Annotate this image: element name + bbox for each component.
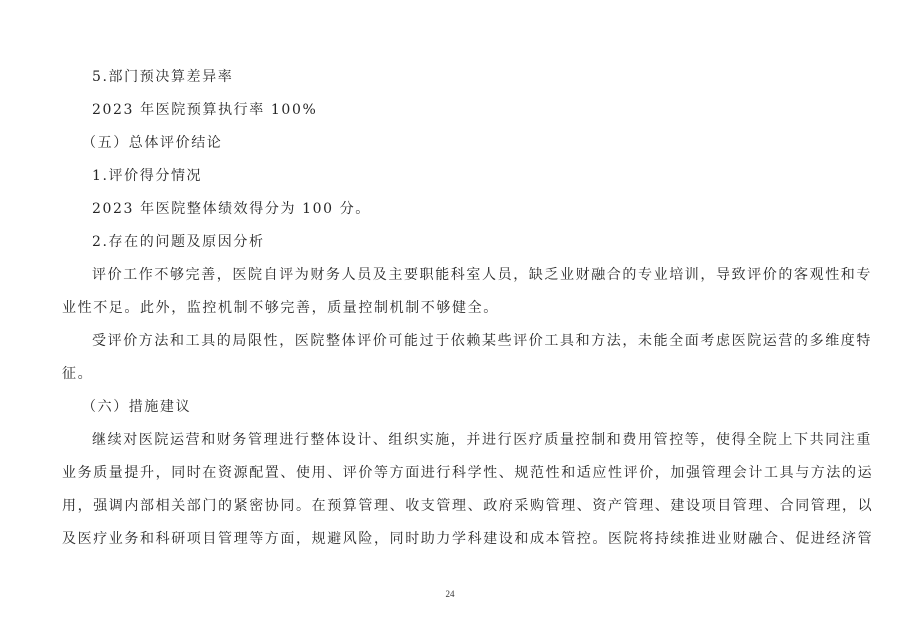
recommendations-paragraph-line-1: 继续对医院运营和财务管理进行整体设计、组织实施，并进行医疗质量控制和费用管控等，… xyxy=(92,431,834,449)
page-number: 24 xyxy=(0,589,900,599)
item-heading-problems: 2.存在的问题及原因分析 xyxy=(92,233,834,251)
section-heading-recommendations: （六）措施建议 xyxy=(82,398,854,416)
limitations-paragraph-line-2: 征。 xyxy=(62,365,834,383)
item-heading-score: 1.评价得分情况 xyxy=(92,167,834,185)
recommendations-paragraph-line-3: 用，强调内部相关部门的紧密协同。在预算管理、收支管理、政府采购管理、资产管理、建… xyxy=(62,497,834,515)
recommendations-paragraph-line-4: 及医疗业务和科研项目管理等方面，规避风险，同时助力学科建设和成本管控。医院将持续… xyxy=(62,530,834,548)
problems-paragraph-line-1: 评价工作不够完善，医院自评为财务人员及主要职能科室人员，缺乏业财融合的专业培训，… xyxy=(92,266,834,284)
problems-paragraph-line-2: 业性不足。此外，监控机制不够完善，质量控制机制不够健全。 xyxy=(62,299,834,317)
item-heading-budget-variance: 5.部门预决算差异率 xyxy=(92,68,834,86)
overall-score-text: 2023 年医院整体绩效得分为 100 分。 xyxy=(92,200,834,218)
limitations-paragraph-line-1: 受评价方法和工具的局限性，医院整体评价可能过于依赖某些评价工具和方法，未能全面考… xyxy=(92,332,834,350)
document-page: 5.部门预决算差异率 2023 年医院预算执行率 100% （五）总体评价结论 … xyxy=(0,0,900,636)
budget-execution-rate-text: 2023 年医院预算执行率 100% xyxy=(92,101,834,119)
recommendations-paragraph-line-2: 业务质量提升，同时在资源配置、使用、评价等方面进行科学性、规范性和适应性评价，加… xyxy=(62,464,834,482)
section-heading-overall-conclusion: （五）总体评价结论 xyxy=(82,134,854,152)
